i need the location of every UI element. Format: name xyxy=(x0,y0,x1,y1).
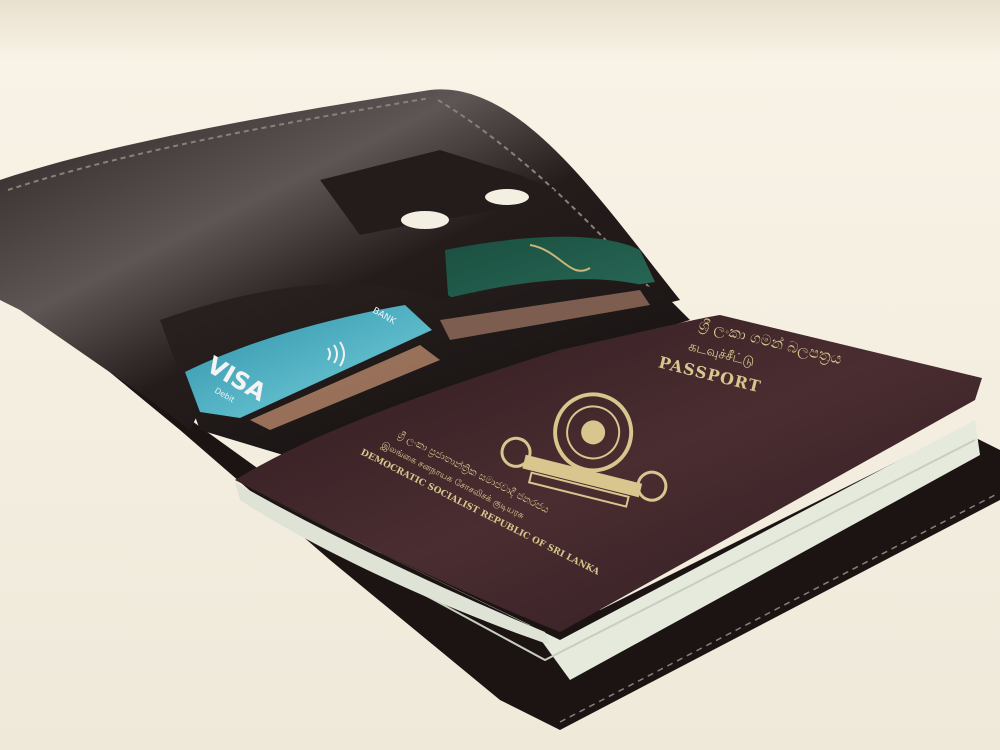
strap-slot-left xyxy=(401,211,449,229)
strap-slot-right xyxy=(485,189,529,205)
photo-scene: VISA VISA Debit BANK ශ්‍රී ලංකා ගමන් බලප… xyxy=(0,0,1000,750)
